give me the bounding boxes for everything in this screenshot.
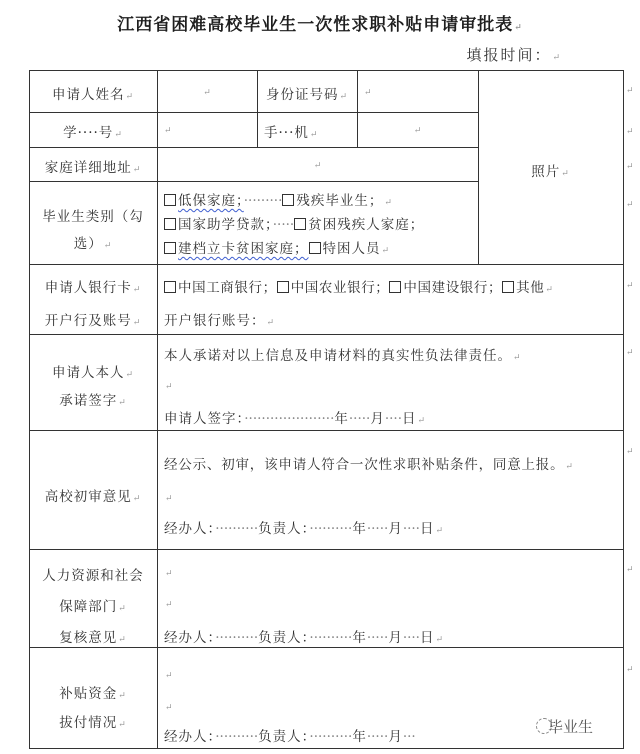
row-divider bbox=[29, 181, 478, 182]
hr-review-label-line3: 复核意见↵ bbox=[29, 626, 157, 646]
hr-review-label-line1: 人力资源和社会 bbox=[29, 564, 157, 584]
row-divider bbox=[29, 647, 624, 648]
category-label-line2: 选）↵ bbox=[29, 232, 157, 252]
category-checkbox-student-loan[interactable]: 国家助学贷款； bbox=[164, 217, 273, 233]
checkbox-icon[interactable] bbox=[164, 194, 176, 206]
pledge-text: 本人承诺对以上信息及申请材料的真实性负法律责任。↵ bbox=[164, 344, 522, 364]
table-border-bottom bbox=[29, 748, 624, 749]
return-mark-icon: ↵ bbox=[626, 665, 634, 675]
student-number-label: 学····号↵ bbox=[29, 121, 157, 141]
checkbox-icon[interactable] bbox=[277, 281, 289, 293]
pledge-label-line1: 申请人本人↵ bbox=[29, 361, 157, 381]
fill-time-text: 填报时间： bbox=[466, 46, 551, 64]
phone-field[interactable]: ↵ bbox=[357, 121, 478, 137]
category-option-row1: 低保家庭；·········残疾毕业生；↵ bbox=[164, 189, 393, 209]
return-mark-icon: ↵ bbox=[626, 86, 634, 96]
return-mark-icon: ↵ bbox=[626, 565, 634, 575]
return-mark-icon: ↵ bbox=[626, 348, 634, 358]
hr-review-signature-line[interactable]: 经办人：··········负责人：··········年·····月····日… bbox=[164, 626, 444, 646]
checkbox-icon[interactable] bbox=[282, 194, 294, 206]
watermark: 毕业生 bbox=[548, 716, 593, 737]
bank-options: 中国工商银行；中国农业银行；中国建设银行；其他↵ bbox=[164, 276, 553, 296]
category-checkbox-special-hardship[interactable]: 特困人员 bbox=[309, 241, 381, 257]
category-checkbox-poor-disabled-family[interactable]: 贫困残疾人家庭； bbox=[294, 217, 424, 233]
empty-line: ↵ bbox=[164, 698, 174, 714]
bank-account-field[interactable]: 开户银行账号：↵ bbox=[164, 309, 275, 329]
bank-checkbox-icbc[interactable]: 中国工商银行； bbox=[164, 280, 277, 296]
return-mark-icon: ↵ bbox=[626, 281, 634, 291]
university-review-opinion: 经公示、初审，该申请人符合一次性求职补贴条件，同意上报。↵ bbox=[164, 453, 574, 473]
return-mark-icon: ↵ bbox=[626, 447, 634, 457]
disbursement-label-line2: 拔付情况↵ bbox=[29, 711, 157, 731]
checkbox-icon[interactable] bbox=[164, 218, 176, 230]
return-mark-icon: ↵ bbox=[514, 23, 523, 33]
checkbox-icon[interactable] bbox=[164, 242, 176, 254]
category-checkbox-disabled-graduate[interactable]: 残疾毕业生； bbox=[282, 193, 383, 209]
return-mark-icon: ↵ bbox=[552, 53, 562, 63]
return-mark-icon: ↵ bbox=[626, 162, 634, 172]
address-label: 家庭详细地址↵ bbox=[29, 156, 157, 176]
id-number-label: 身份证号码↵ bbox=[257, 83, 357, 103]
empty-line: ↵ bbox=[164, 595, 174, 611]
empty-line: ↵ bbox=[164, 377, 174, 393]
disbursement-label-line1: 补贴资金↵ bbox=[29, 682, 157, 702]
hr-review-label-line2: 保障部门↵ bbox=[29, 595, 157, 615]
category-checkbox-low-income[interactable]: 低保家庭； bbox=[164, 193, 244, 209]
row-divider bbox=[29, 264, 624, 265]
bank-label-line1: 申请人银行卡↵ bbox=[29, 276, 157, 296]
phone-label: 手···机↵ bbox=[264, 121, 318, 141]
student-number-field[interactable]: ↵ bbox=[163, 121, 173, 137]
bank-checkbox-other[interactable]: 其他 bbox=[502, 280, 544, 296]
bank-checkbox-abc[interactable]: 中国农业银行； bbox=[277, 280, 390, 296]
category-label-line1: 毕业生类别（勾 bbox=[29, 205, 157, 225]
address-field[interactable]: ↵ bbox=[157, 156, 478, 172]
category-option-row3: 建档立卡贫困家庭；特困人员↵ bbox=[164, 237, 390, 257]
checkbox-icon[interactable] bbox=[309, 242, 321, 254]
pledge-label-line2: 承诺签字↵ bbox=[29, 389, 157, 409]
form-title: 江西省困难高校毕业生一次性求职补贴申请审批表↵ bbox=[0, 10, 640, 35]
column-divider bbox=[257, 70, 258, 148]
bank-checkbox-ccb[interactable]: 中国建设银行； bbox=[389, 280, 502, 296]
empty-line: ↵ bbox=[164, 489, 174, 505]
table-border-top bbox=[29, 70, 624, 71]
university-review-signature-line[interactable]: 经办人：··········负责人：··········年·····月····日… bbox=[164, 517, 444, 537]
name-label: 申请人姓名↵ bbox=[29, 83, 157, 103]
checkbox-icon[interactable] bbox=[389, 281, 401, 293]
disbursement-signature-line[interactable]: 经办人：··········负责人：··········年·····月··· bbox=[164, 725, 416, 745]
id-number-field[interactable]: ↵ bbox=[363, 83, 373, 99]
category-checkbox-registered-poor[interactable]: 建档立卡贫困家庭； bbox=[164, 241, 309, 257]
name-field[interactable]: ↵ bbox=[157, 83, 257, 99]
bank-label-line2: 开户行及账号↵ bbox=[29, 309, 157, 329]
table-border-right bbox=[623, 70, 624, 749]
return-mark-icon: ↵ bbox=[626, 200, 634, 210]
row-divider bbox=[29, 147, 478, 148]
category-option-row2: 国家助学贷款；·····贫困残疾人家庭； bbox=[164, 213, 424, 233]
checkbox-icon[interactable] bbox=[502, 281, 514, 293]
return-mark-icon: ↵ bbox=[626, 127, 634, 137]
empty-line: ↵ bbox=[164, 564, 174, 580]
row-divider bbox=[29, 334, 624, 335]
photo-placeholder: 照片↵ bbox=[478, 160, 623, 180]
row-divider bbox=[29, 112, 478, 113]
row-divider bbox=[29, 549, 624, 550]
applicant-signature-line[interactable]: 申请人签字：·····················年·····月····日↵ bbox=[164, 407, 426, 427]
checkbox-icon[interactable] bbox=[164, 281, 176, 293]
form-title-text: 江西省困难高校毕业生一次性求职补贴申请审批表 bbox=[117, 15, 513, 35]
row-divider bbox=[29, 430, 624, 431]
empty-line: ↵ bbox=[164, 666, 174, 682]
checkbox-icon[interactable] bbox=[294, 218, 306, 230]
university-review-label: 高校初审意见↵ bbox=[29, 485, 157, 505]
fill-time-label: 填报时间：↵ bbox=[466, 44, 562, 65]
